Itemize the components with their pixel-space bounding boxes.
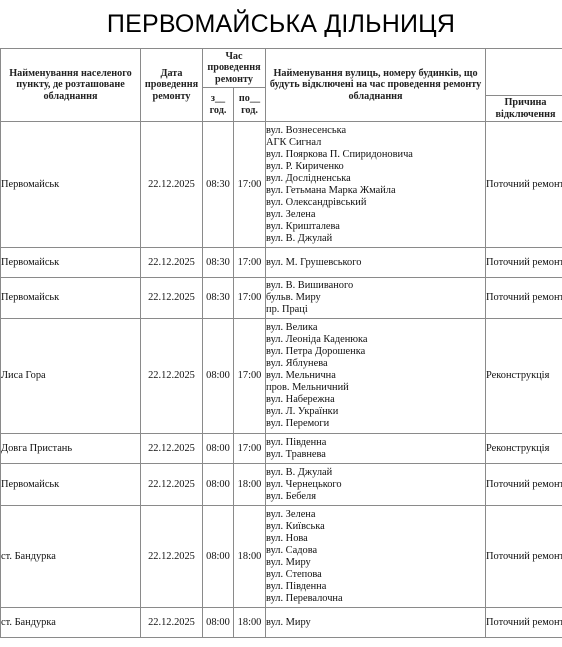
table-row: ст. Бандурка22.12.202508:0018:00вул. Зел… — [1, 506, 562, 608]
cell-from: 08:00 — [203, 608, 234, 638]
street-item: вул. Перемоги — [266, 418, 485, 430]
cell-date: 22.12.2025 — [141, 464, 203, 506]
cell-streets: вул. Великавул. Леоніда Каденюкавул. Пет… — [266, 319, 486, 434]
street-item: вул. Перевалочна — [266, 593, 485, 605]
table-row: Первомайськ22.12.202508:0018:00вул. В. Д… — [1, 464, 562, 506]
cell-from: 08:30 — [203, 248, 234, 278]
street-item: вул. В. Джулай — [266, 467, 485, 479]
street-item: вул. Травнева — [266, 449, 485, 461]
cell-to: 18:00 — [234, 464, 266, 506]
cell-reason: Поточний ремонт — [486, 122, 562, 248]
cell-reason: Реконструкція — [486, 319, 562, 434]
cell-to: 17:00 — [234, 434, 266, 464]
cell-date: 22.12.2025 — [141, 248, 203, 278]
cell-date: 22.12.2025 — [141, 608, 203, 638]
cell-reason: Реконструкція — [486, 434, 562, 464]
header-to: по__ год. — [234, 88, 266, 122]
street-item: вул. Бебеля — [266, 491, 485, 503]
table-row: Первомайськ22.12.202508:3017:00вул. Возн… — [1, 122, 562, 248]
street-item: вул. Нова — [266, 533, 485, 545]
street-item: вул. Кришталева — [266, 221, 485, 233]
cell-streets: вул. В. Джулайвул. Чернецькоговул. Бебел… — [266, 464, 486, 506]
cell-from: 08:00 — [203, 506, 234, 608]
street-item: вул. Гетьмана Марка Жмайла — [266, 185, 485, 197]
header-reason: Причина відключення — [486, 96, 562, 122]
street-item: вул. Південна — [266, 581, 485, 593]
cell-place: Довга Пристань — [1, 434, 141, 464]
schedule-rows: Первомайськ22.12.202508:3017:00вул. Возн… — [1, 122, 562, 638]
cell-to: 18:00 — [234, 506, 266, 608]
street-item: вул. Л. Українки — [266, 406, 485, 418]
street-item: вул. Дослідненська — [266, 173, 485, 185]
cell-to: 17:00 — [234, 248, 266, 278]
street-item: пр. Праці — [266, 304, 485, 316]
header-date: Дата проведення ремонту — [141, 49, 203, 122]
cell-from: 08:00 — [203, 464, 234, 506]
street-item: вул. Миру — [266, 557, 485, 569]
cell-date: 22.12.2025 — [141, 319, 203, 434]
street-item: вул. Велика — [266, 322, 485, 334]
cell-place: Лиса Гора — [1, 319, 141, 434]
cell-from: 08:30 — [203, 122, 234, 248]
street-item: вул. Садова — [266, 545, 485, 557]
street-item: АГК Сигнал — [266, 137, 485, 149]
table-row: Первомайськ22.12.202508:3017:00вул. В. В… — [1, 278, 562, 319]
cell-streets: вул. М. Грушевського — [266, 248, 486, 278]
cell-place: ст. Бандурка — [1, 506, 141, 608]
cell-streets: вул. ВознесенськаАГК Сигналвул. Пояркова… — [266, 122, 486, 248]
street-item: вул. Степова — [266, 569, 485, 581]
street-item: вул. В. Джулай — [266, 233, 485, 245]
street-item: вул. Олександрівський — [266, 197, 485, 209]
street-item: вул. Зелена — [266, 209, 485, 221]
street-item: вул. Петра Дорошенка — [266, 346, 485, 358]
cell-streets: вул. Зеленавул. Київськавул. Новавул. Са… — [266, 506, 486, 608]
cell-reason: Поточний ремонт — [486, 506, 562, 608]
cell-place: ст. Бандурка — [1, 608, 141, 638]
street-item: вул. Яблунева — [266, 358, 485, 370]
cell-place: Первомайськ — [1, 122, 141, 248]
cell-streets: вул. В. Вишиваногобульв. Мирупр. Праці — [266, 278, 486, 319]
street-item: вул. Пояркова П. Спиридоновича — [266, 149, 485, 161]
table-row: Первомайськ22.12.202508:3017:00вул. М. Г… — [1, 248, 562, 278]
cell-reason: Поточний ремонт — [486, 608, 562, 638]
cell-to: 18:00 — [234, 608, 266, 638]
cell-place: Первомайськ — [1, 248, 141, 278]
street-item: вул. Чернецького — [266, 479, 485, 491]
table-row: ст. Бандурка22.12.202508:0018:00вул. Мир… — [1, 608, 562, 638]
cell-to: 17:00 — [234, 319, 266, 434]
cell-to: 17:00 — [234, 278, 266, 319]
cell-place: Первомайськ — [1, 464, 141, 506]
table-row: Лиса Гора22.12.202508:0017:00вул. Велика… — [1, 319, 562, 434]
street-item: вул. Миру — [266, 617, 485, 629]
cell-from: 08:00 — [203, 319, 234, 434]
cell-reason: Поточний ремонт — [486, 248, 562, 278]
cell-streets: вул. Миру — [266, 608, 486, 638]
cell-streets: вул. Південнавул. Травнева — [266, 434, 486, 464]
cell-date: 22.12.2025 — [141, 434, 203, 464]
street-item: вул. Вознесенська — [266, 125, 485, 137]
page-title: ПЕРВОМАЙСЬКА ДІЛЬНИЦЯ — [0, 10, 562, 39]
cell-from: 08:00 — [203, 434, 234, 464]
cell-date: 22.12.2025 — [141, 278, 203, 319]
cell-to: 17:00 — [234, 122, 266, 248]
street-item: вул. Р. Кириченко — [266, 161, 485, 173]
street-item: вул. В. Вишиваного — [266, 280, 485, 292]
outage-schedule-table: Найменування населеного пункту, де розта… — [0, 48, 562, 638]
cell-date: 22.12.2025 — [141, 122, 203, 248]
street-item: бульв. Миру — [266, 292, 485, 304]
header-streets: Найменування вулиць, номеру будинків, що… — [266, 49, 486, 122]
cell-from: 08:30 — [203, 278, 234, 319]
header-from: з__ год. — [203, 88, 234, 122]
cell-place: Первомайськ — [1, 278, 141, 319]
street-item: вул. Київська — [266, 521, 485, 533]
header-reason-spacer — [486, 49, 562, 96]
cell-date: 22.12.2025 — [141, 506, 203, 608]
header-time: Час проведення ремонту — [203, 49, 266, 88]
street-item: вул. М. Грушевського — [266, 257, 485, 269]
street-item: вул. Леоніда Каденюка — [266, 334, 485, 346]
street-item: вул. Зелена — [266, 509, 485, 521]
street-item: пров. Мельничний — [266, 382, 485, 394]
table-row: Довга Пристань22.12.202508:0017:00вул. П… — [1, 434, 562, 464]
street-item: вул. Південна — [266, 437, 485, 449]
cell-reason: Поточний ремонт — [486, 278, 562, 319]
street-item: вул. Мельнична — [266, 370, 485, 382]
cell-reason: Поточний ремонт — [486, 464, 562, 506]
street-item: вул. Набережна — [266, 394, 485, 406]
header-place: Найменування населеного пункту, де розта… — [1, 49, 141, 122]
